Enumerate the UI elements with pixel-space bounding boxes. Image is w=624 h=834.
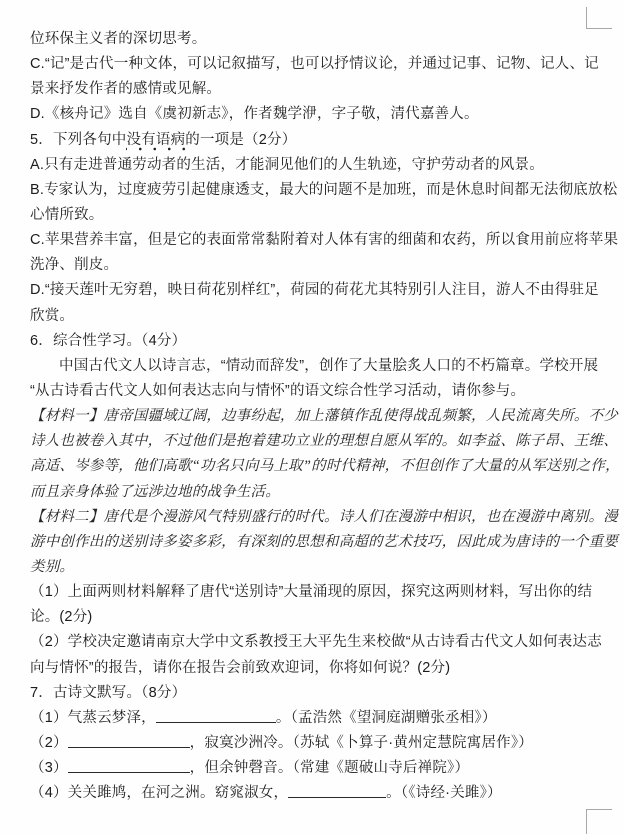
- text-segment: 7．古诗文默写。（8分）: [30, 685, 186, 701]
- crop-mark-top-right-icon: [586, 7, 612, 29]
- text-segment: C.苹果营养丰富，但是它的表面常常黏附着对人体有害的细菌和农药，所以食用前应将苹…: [30, 232, 618, 248]
- text-line: （3），但余钟磬音。（常建《题破山寺后禅院》）: [30, 756, 614, 781]
- text-line: 高适、岑参等，他们高歌“功名只向马上取”的时代精神，不但创作了大量的从军送别之作…: [30, 454, 614, 479]
- text-segment: ，但余钟磬音。（常建《题破山寺后禅院》）: [190, 760, 470, 776]
- text-segment: 6．综合性学习。（4分）: [30, 333, 186, 349]
- text-line: （1）气蒸云梦泽，。（孟浩然《望洞庭湖赠张丞相》）: [30, 706, 614, 731]
- text-line: A.只有走进普通劳动者的生活，才能洞见他们的人生轨迹，守护劳动者的风景。: [30, 153, 614, 178]
- text-segment: 景来抒发作者的感情或见解。: [30, 81, 221, 97]
- text-segment: 心情所致。: [30, 207, 104, 223]
- text-segment: （2）学校决定邀请南京大学中文系教授王大平先生来校做“从古诗看古代文人如何表达志: [30, 634, 602, 650]
- text-segment: （3）: [30, 760, 68, 776]
- text-segment: D.《核舟记》选自《虞初新志》，作者魏学洢，字子敬，清代嘉善人。: [30, 106, 479, 122]
- text-line: 论。(2分): [30, 605, 614, 630]
- text-segment: 向与情怀”的报告，请你在报告会前致欢迎词，你将如何说？(2分): [30, 660, 450, 676]
- text-segment: 【材料一】唐帝国疆域辽阔，边事纷起，加上藩镇作乱使得战乱频繁，人民流离失所。不少: [30, 408, 618, 424]
- text-segment: B.专家认为，过度疲劳引起健康透支，最大的问题不是加班，而是休息时间都无法彻底放…: [30, 182, 617, 198]
- text-segment: 游中创作出的送别诗多姿多彩，有深刻的思想和高超的艺术技巧，因此成为唐诗的一个重要: [30, 534, 618, 550]
- crop-mark-bottom-right-icon: [586, 809, 612, 834]
- text-line: （4）关关雎鸠，在河之洲。窈窕淑女，。（《诗经·关雎》）: [30, 781, 614, 806]
- text-line: 7．古诗文默写。（8分）: [30, 681, 614, 706]
- text-segment: 【材料二】唐代是个漫游风气特别盛行的时代。诗人们在漫游中相识，也在漫游中离别。漫: [30, 509, 618, 525]
- text-segment: 诗人也被卷入其中，不过他们是抱着建功立业的理想自愿从军的。如李益、陈子昂、王维、: [30, 433, 618, 449]
- text-line: 游中创作出的送别诗多姿多彩，有深刻的思想和高超的艺术技巧，因此成为唐诗的一个重要: [30, 530, 614, 555]
- text-segment: A.只有走进普通劳动者的生活，才能洞见他们的人生轨迹，守护劳动者的风景。: [30, 157, 544, 173]
- text-segment: 洗净、削皮。: [30, 257, 118, 273]
- text-segment: 而且亲身体验了远涉边地的战争生活。: [30, 484, 280, 500]
- text-line: 诗人也被卷入其中，不过他们是抱着建功立业的理想自愿从军的。如李益、陈子昂、王维、: [30, 429, 614, 454]
- document-body: 位环保主义者的深切思考。C.“记”是古代一种文体，可以记叙描写，也可以抒情议论，…: [30, 27, 614, 806]
- text-line: D.“接天莲叶无穷碧，映日荷花别样红”，荷园的荷花尤其特别引人注目，游人不由得驻…: [30, 278, 614, 303]
- text-segment: （4）关关雎鸠，在河之洲。窈窕淑女，: [30, 785, 288, 801]
- answer-blank: [68, 735, 190, 748]
- text-line: 心情所致。: [30, 203, 614, 228]
- text-line: 而且亲身体验了远涉边地的战争生活。: [30, 480, 614, 505]
- text-line: 景来抒发作者的感情或见解。: [30, 77, 614, 102]
- text-line: 【材料一】唐帝国疆域辽阔，边事纷起，加上藩镇作乱使得战乱频繁，人民流离失所。不少: [30, 404, 614, 429]
- text-segment: “从古诗看古代文人如何表达志向与情怀”的语文综合性学习活动，请你参与。: [30, 383, 525, 399]
- text-segment: （1）气蒸云梦泽，: [30, 710, 156, 726]
- text-line: 中国古代文人以诗言志，“情动而辞发”，创作了大量脍炙人口的不朽篇章。学校开展: [30, 354, 614, 379]
- answer-blank: [288, 785, 386, 798]
- text-line: 6．综合性学习。（4分）: [30, 329, 614, 354]
- text-segment: 类别。: [30, 559, 74, 575]
- answer-blank: [156, 710, 276, 723]
- text-line: （2），寂寞沙洲冷。（苏轼《卜算子·黄州定慧院寓居作》）: [30, 731, 614, 756]
- text-segment: 。（《诗经·关雎》）: [386, 785, 502, 801]
- text-segment: （2）: [30, 735, 68, 751]
- text-segment: 高适、岑参等，他们高歌“功名只向马上取”的时代精神，不但创作了大量的从军送别之作…: [30, 458, 620, 474]
- text-line: 洗净、削皮。: [30, 253, 614, 278]
- text-line: “从古诗看古代文人如何表达志向与情怀”的语文综合性学习活动，请你参与。: [30, 379, 614, 404]
- text-segment: 中国古代文人以诗言志，“情动而辞发”，创作了大量脍炙人口的不朽篇章。学校开展: [59, 358, 598, 374]
- emphasized-text: 没有语病: [126, 132, 185, 151]
- answer-blank: [68, 760, 190, 773]
- text-line: B.专家认为，过度疲劳引起健康透支，最大的问题不是加班，而是休息时间都无法彻底放…: [30, 178, 614, 203]
- text-line: C.“记”是古代一种文体，可以记叙描写，也可以抒情议论，并通过记事、记物、记人、…: [30, 52, 614, 77]
- text-segment: D.“接天莲叶无穷碧，映日荷花别样红”，荷园的荷花尤其特别引人注目，游人不由得驻…: [30, 282, 599, 298]
- text-line: （1）上面两则材料解释了唐代“送别诗”大量涌现的原因，探究这两则材料，写出你的结: [30, 580, 614, 605]
- text-line: 向与情怀”的报告，请你在报告会前致欢迎词，你将如何说？(2分): [30, 656, 614, 681]
- exam-page: 位环保主义者的深切思考。C.“记”是古代一种文体，可以记叙描写，也可以抒情议论，…: [0, 0, 624, 834]
- text-line: 5．下列各句中没有语病的一项是（2分）: [30, 128, 614, 153]
- text-line: C.苹果营养丰富，但是它的表面常常黏附着对人体有害的细菌和农药，所以食用前应将苹…: [30, 228, 614, 253]
- text-segment: 欣赏。: [30, 308, 74, 324]
- text-line: （2）学校决定邀请南京大学中文系教授王大平先生来校做“从古诗看古代文人如何表达志: [30, 630, 614, 655]
- text-line: 欣赏。: [30, 304, 614, 329]
- text-line: 【材料二】唐代是个漫游风气特别盛行的时代。诗人们在漫游中相识，也在漫游中离别。漫: [30, 505, 614, 530]
- text-segment: 。（孟浩然《望洞庭湖赠张丞相》）: [276, 710, 497, 726]
- text-segment: ，寂寞沙洲冷。（苏轼《卜算子·黄州定慧院寓居作》）: [190, 735, 533, 751]
- text-line: 类别。: [30, 555, 614, 580]
- text-segment: C.“记”是古代一种文体，可以记叙描写，也可以抒情议论，并通过记事、记物、记人、…: [30, 56, 599, 72]
- text-segment: （1）上面两则材料解释了唐代“送别诗”大量涌现的原因，探究这两则材料，写出你的结: [30, 584, 592, 600]
- text-segment: 的一项是（2分）: [185, 132, 296, 148]
- text-line: 位环保主义者的深切思考。: [30, 27, 614, 52]
- text-segment: 5．下列各句中: [30, 132, 126, 148]
- text-segment: 论。(2分): [30, 609, 92, 625]
- text-line: D.《核舟记》选自《虞初新志》，作者魏学洢，字子敬，清代嘉善人。: [30, 102, 614, 127]
- text-segment: 位环保主义者的深切思考。: [30, 31, 206, 47]
